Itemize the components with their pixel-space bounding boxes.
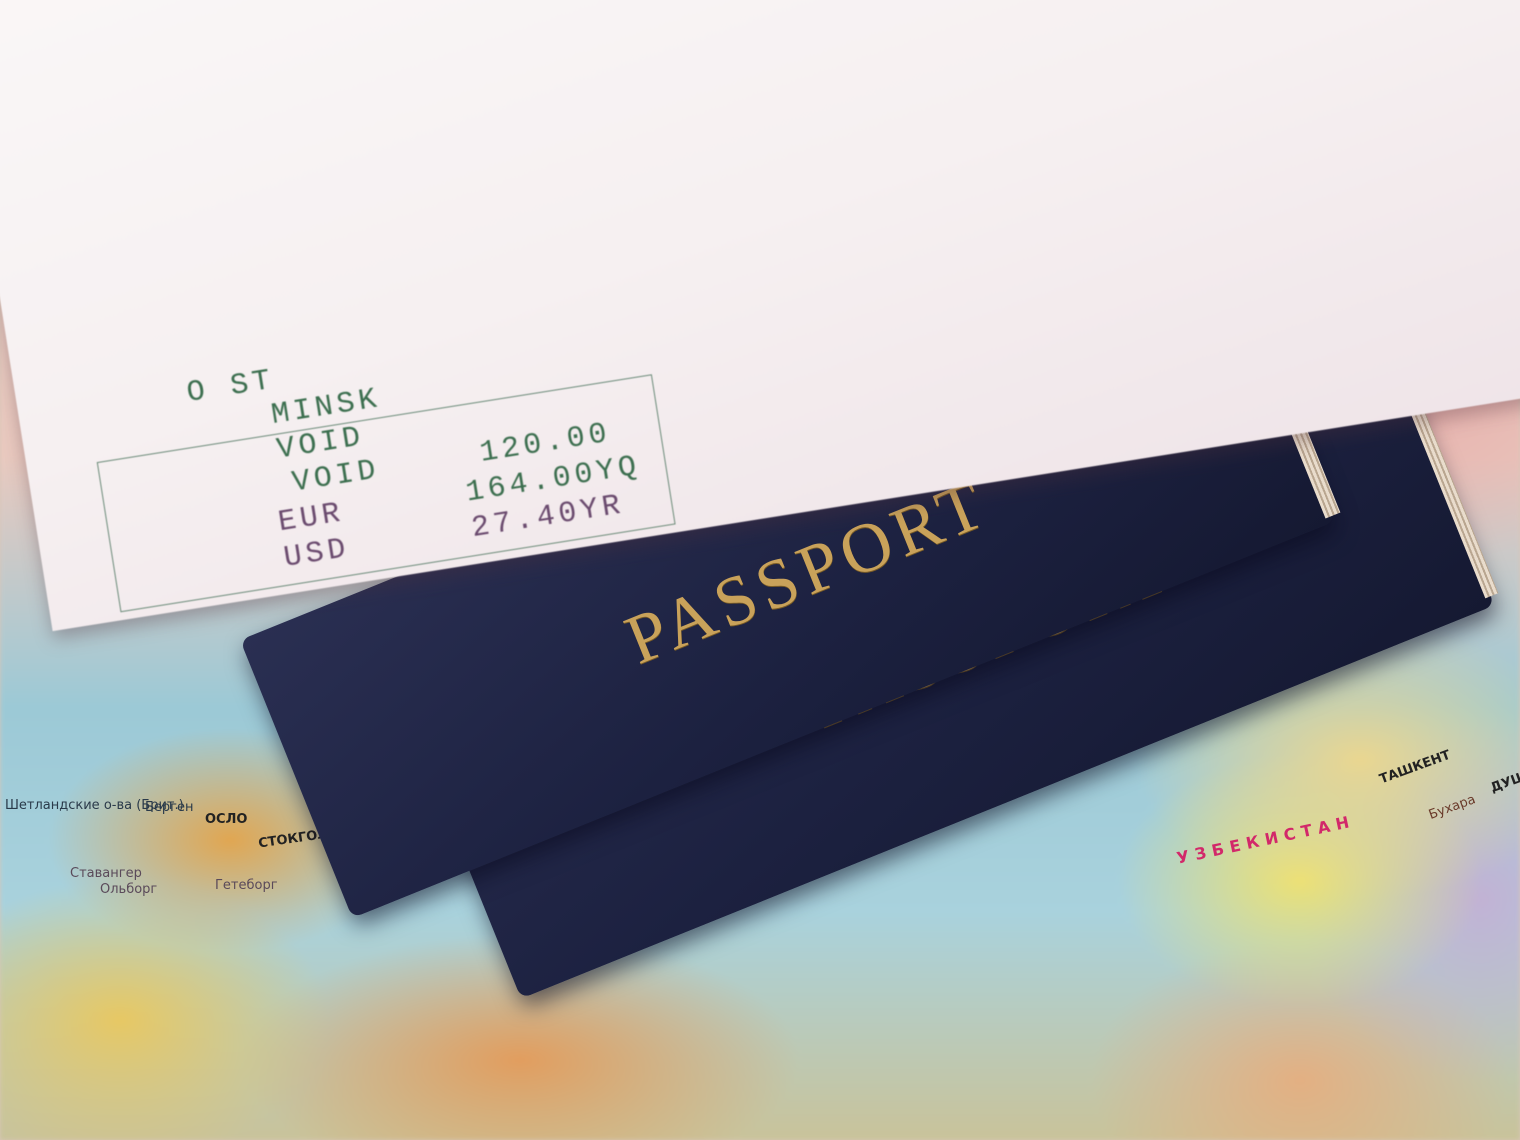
map-label-stavanger: Ставангер xyxy=(70,866,142,881)
map-label-bergen: Берген xyxy=(145,800,194,815)
ticket-line-1: O ST xyxy=(185,364,277,411)
map-label-oslo: ОСЛО xyxy=(205,812,247,827)
photo-scene: Шетландские о-ва (Брит.) Берген ОСЛО СТО… xyxy=(0,0,1520,1140)
map-label-olborg: Ольборг xyxy=(100,882,157,897)
map-label-geteborg: Гетеборг xyxy=(215,878,278,893)
